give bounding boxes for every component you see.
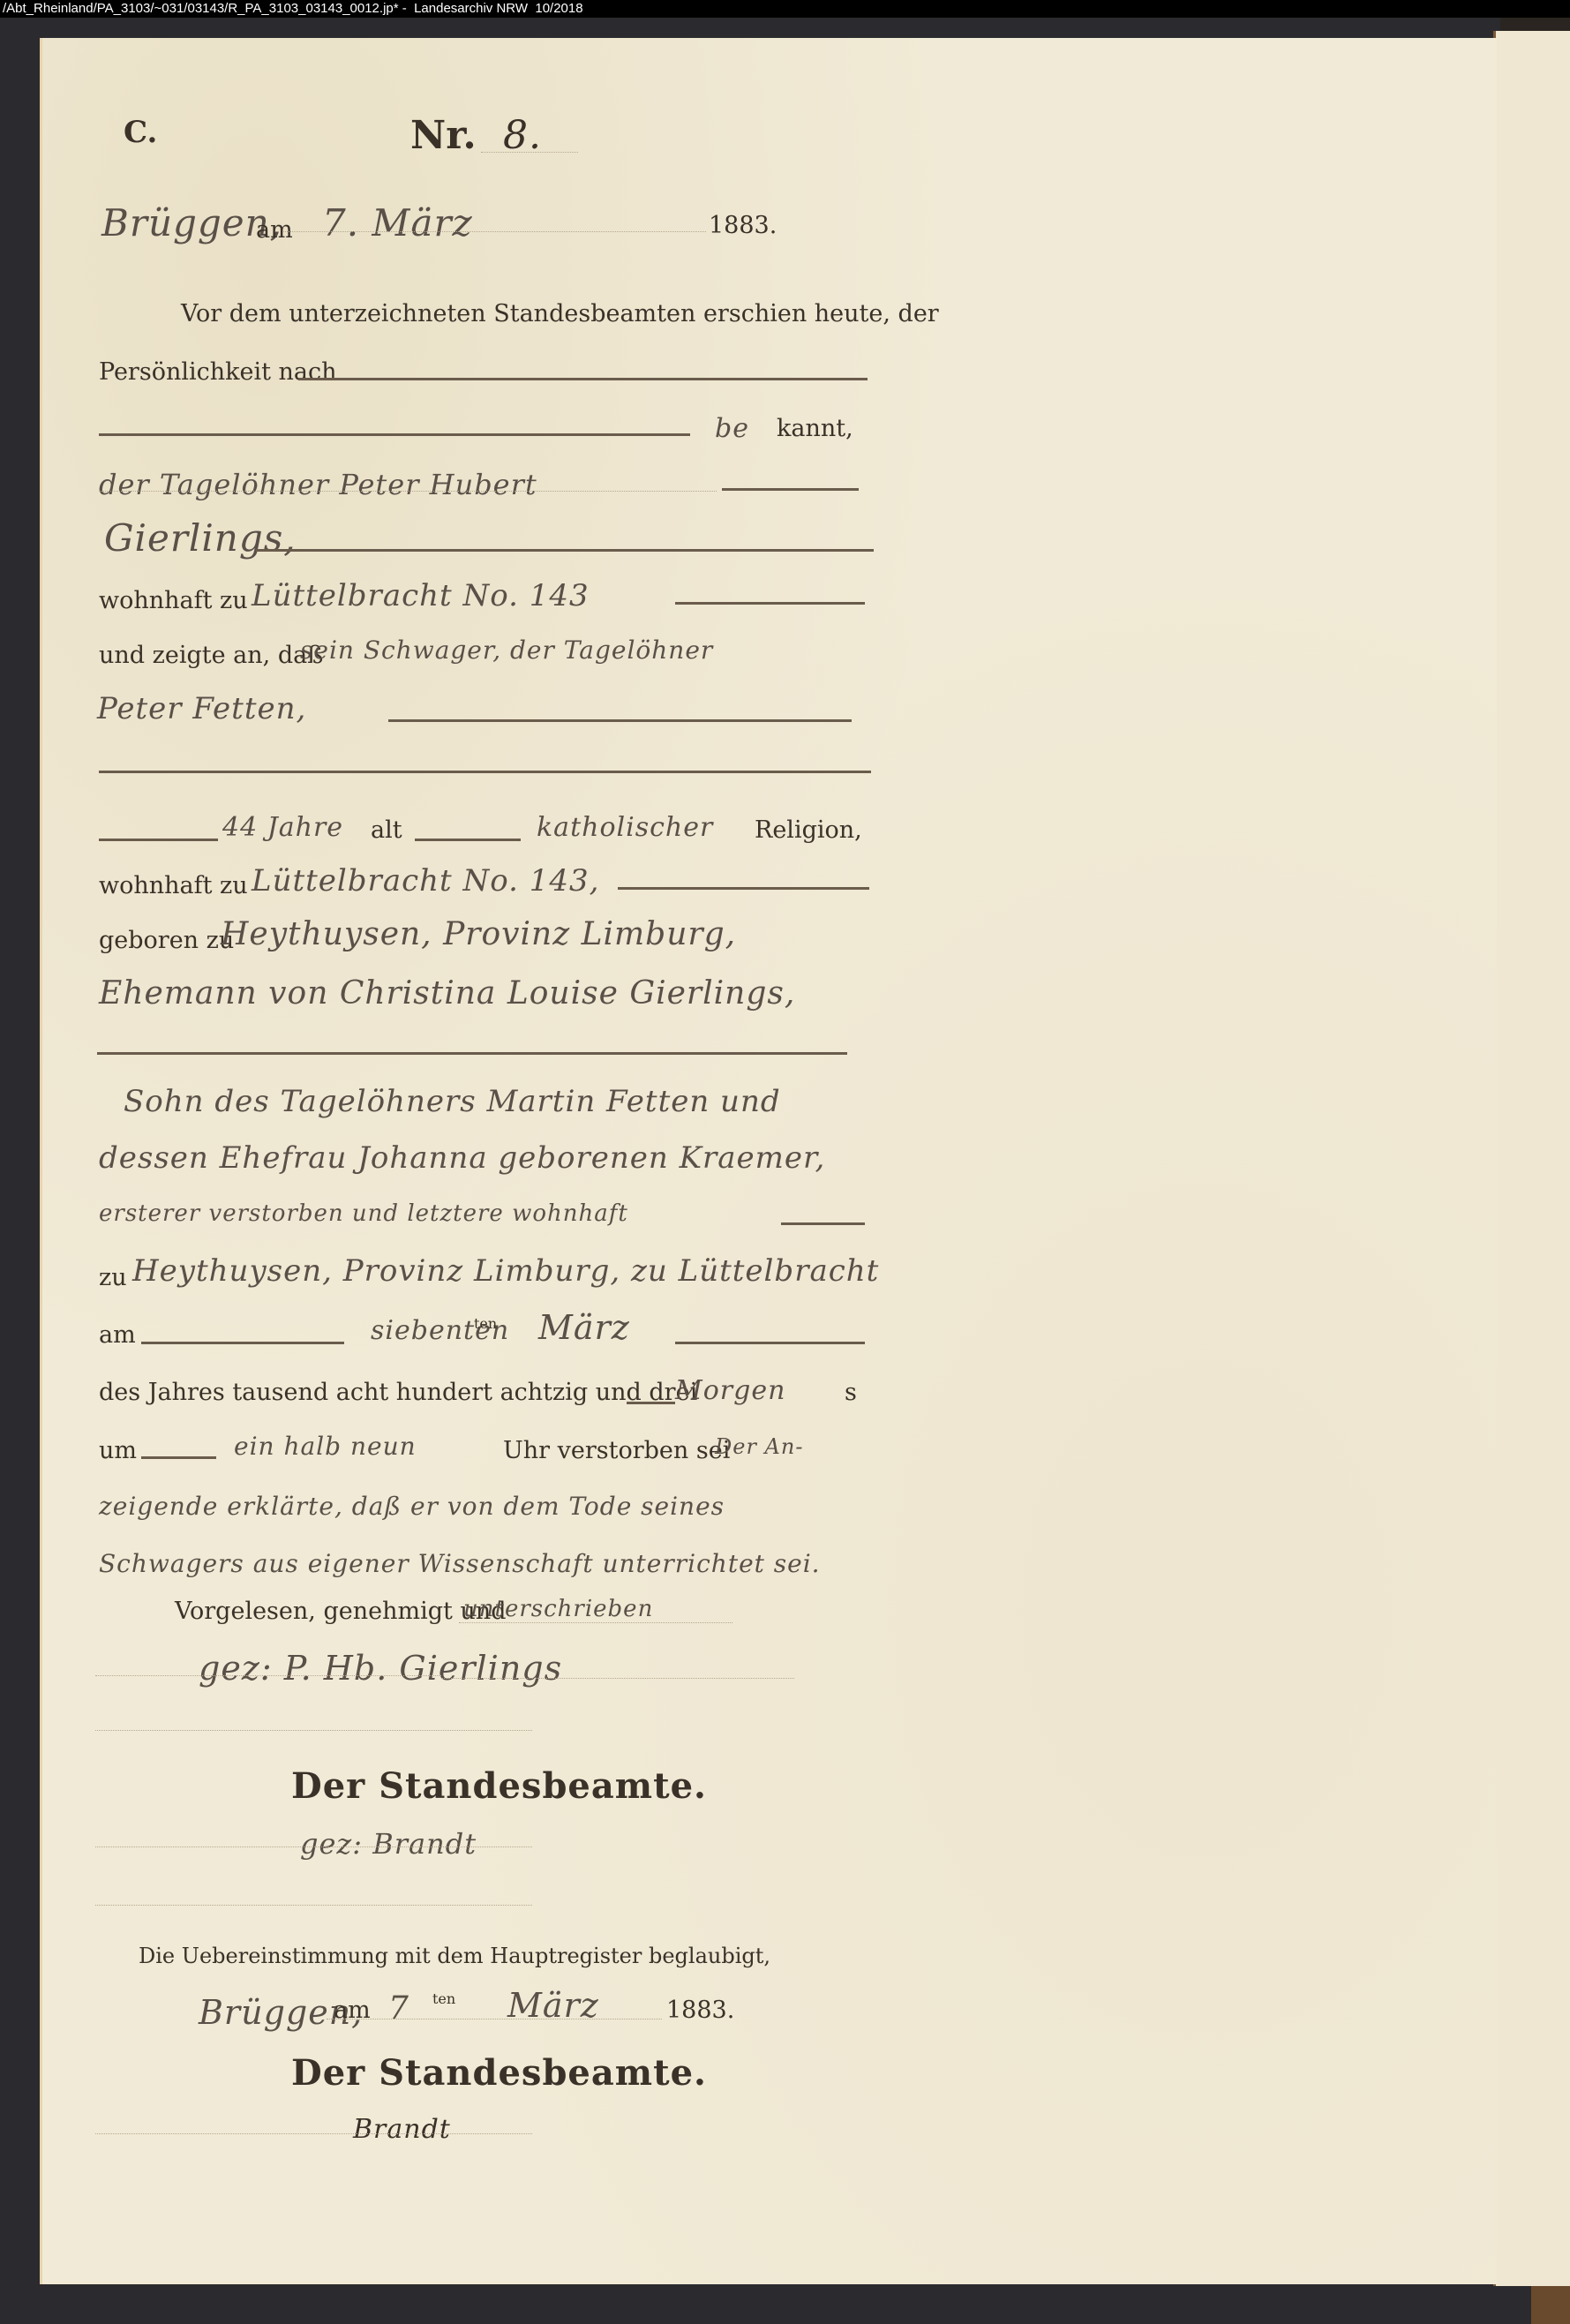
cert-day: 7 xyxy=(388,1990,409,2027)
religion-value: katholischer xyxy=(537,812,713,843)
spouse-line: Ehemann von Christina Louise Gierlings, xyxy=(99,975,795,1012)
fill-rule xyxy=(627,1402,675,1404)
fill-rule xyxy=(388,719,852,722)
date-value: 7. März xyxy=(322,201,473,244)
intro-line: Vor dem unterzeichneten Standesbeamten e… xyxy=(181,300,939,327)
am-label: am xyxy=(256,216,293,244)
personal-label: Persönlichkeit nach xyxy=(99,358,337,386)
deceased-residence-label: wohnhaft zu xyxy=(99,872,248,899)
registrar-signature: gez: Brandt xyxy=(300,1827,477,1861)
fill-rule xyxy=(675,1342,865,1344)
fill-rule xyxy=(675,602,865,605)
dotted-line xyxy=(95,1675,441,1676)
fill-rule xyxy=(99,839,218,841)
year-text: des Jahres tausend acht hundert achtzig … xyxy=(99,1379,697,1406)
date-dotted-line xyxy=(282,231,706,232)
time-of-day-value: Morgen xyxy=(675,1375,785,1406)
fill-rule xyxy=(99,771,871,773)
informant-signature: gez: P. Hb. Gierlings xyxy=(199,1649,562,1688)
died-label: Uhr verstorben sei xyxy=(503,1437,730,1464)
birth-value: Heythuysen, Provinz Limburg, xyxy=(221,916,736,952)
cert-year: 1883. xyxy=(666,1997,734,2024)
death-day-label: am xyxy=(99,1321,136,1349)
known-prefix: be xyxy=(715,413,749,444)
fill-rule xyxy=(298,378,868,380)
fill-rule xyxy=(141,1456,216,1459)
dotted-line xyxy=(95,1905,532,1906)
fill-rule xyxy=(256,549,874,552)
binding-shadow xyxy=(1531,2286,1570,2324)
fill-rule xyxy=(781,1222,865,1225)
certification-text: Die Uebereinstimmung mit dem Hauptregist… xyxy=(139,1944,770,1968)
death-day-suffix: ten xyxy=(474,1315,497,1332)
corner-mark: C. xyxy=(124,115,157,150)
age-value: 44 Jahre xyxy=(222,812,343,843)
hour-value: ein halb neun xyxy=(234,1432,417,1461)
fill-rule xyxy=(722,488,859,491)
facing-page-edge xyxy=(1496,31,1570,2286)
year-value: 1883. xyxy=(709,212,777,239)
residence-label: wohnhaft zu xyxy=(99,587,248,614)
window-title-bar: /Abt_Rheinland/PA_3103/~031/03143/R_PA_3… xyxy=(0,0,1570,18)
cert-registrar-title: Der Standesbeamte. xyxy=(291,2052,707,2094)
known-label: kannt, xyxy=(777,415,853,442)
age-label: alt xyxy=(371,816,402,844)
deceased-residence-value: Lüttelbracht No. 143, xyxy=(252,863,599,899)
cert-day-suffix: ten xyxy=(432,1990,455,2007)
read-label: Vorgelesen, genehmigt und xyxy=(175,1598,506,1625)
parents-line3: ersterer verstorben und letztere wohnhaf… xyxy=(99,1200,628,1227)
fill-rule xyxy=(618,887,869,890)
declaration-line3: Schwagers aus eigener Wissenschaft unter… xyxy=(99,1549,821,1578)
death-place-label: zu xyxy=(99,1264,127,1291)
parents-line1: Sohn des Tagelöhners Martin Fetten und xyxy=(124,1084,781,1119)
announce-value: sein Schwager, der Tagelöhner xyxy=(300,636,713,665)
informant-line1: der Tagelöhner Peter Hubert xyxy=(99,468,537,501)
record-number-label: Nr. xyxy=(410,113,477,158)
dotted-line xyxy=(99,491,717,492)
hour-label: um xyxy=(99,1437,137,1464)
cert-signature: Brandt xyxy=(353,2114,451,2145)
deceased-name: Peter Fetten, xyxy=(97,691,306,726)
declaration-line1: Der An- xyxy=(715,1434,803,1459)
dotted-line xyxy=(327,2019,662,2019)
announce-label: und zeigte an, daß xyxy=(99,642,323,669)
cert-am-label: am xyxy=(334,1997,371,2024)
registrar-title: Der Standesbeamte. xyxy=(291,1765,707,1807)
birth-label: geboren zu xyxy=(99,927,234,954)
dotted-line xyxy=(95,1730,532,1731)
religion-label: Religion, xyxy=(755,816,862,844)
dotted-line xyxy=(441,1678,794,1679)
number-dotted-line xyxy=(481,152,578,153)
fill-rule xyxy=(97,1052,847,1055)
parents-line2: dessen Ehefrau Johanna geborenen Kraemer… xyxy=(99,1140,825,1176)
residence-value: Lüttelbracht No. 143 xyxy=(252,578,590,613)
fill-rule xyxy=(141,1342,344,1344)
time-of-day-suffix: s xyxy=(845,1379,857,1406)
fill-rule xyxy=(99,433,690,436)
fill-rule xyxy=(415,839,521,841)
dotted-line xyxy=(95,2133,532,2134)
informant-line2: Gierlings, xyxy=(104,516,297,560)
read-value: unterschrieben xyxy=(463,1596,653,1622)
declaration-line2: zeigende erklärte, daß er von dem Tode s… xyxy=(99,1492,725,1521)
death-place-value: Heythuysen, Provinz Limburg, zu Lüttelbr… xyxy=(132,1253,879,1289)
death-month-value: März xyxy=(538,1308,630,1347)
dotted-line xyxy=(95,1846,532,1847)
dotted-line xyxy=(459,1622,732,1623)
